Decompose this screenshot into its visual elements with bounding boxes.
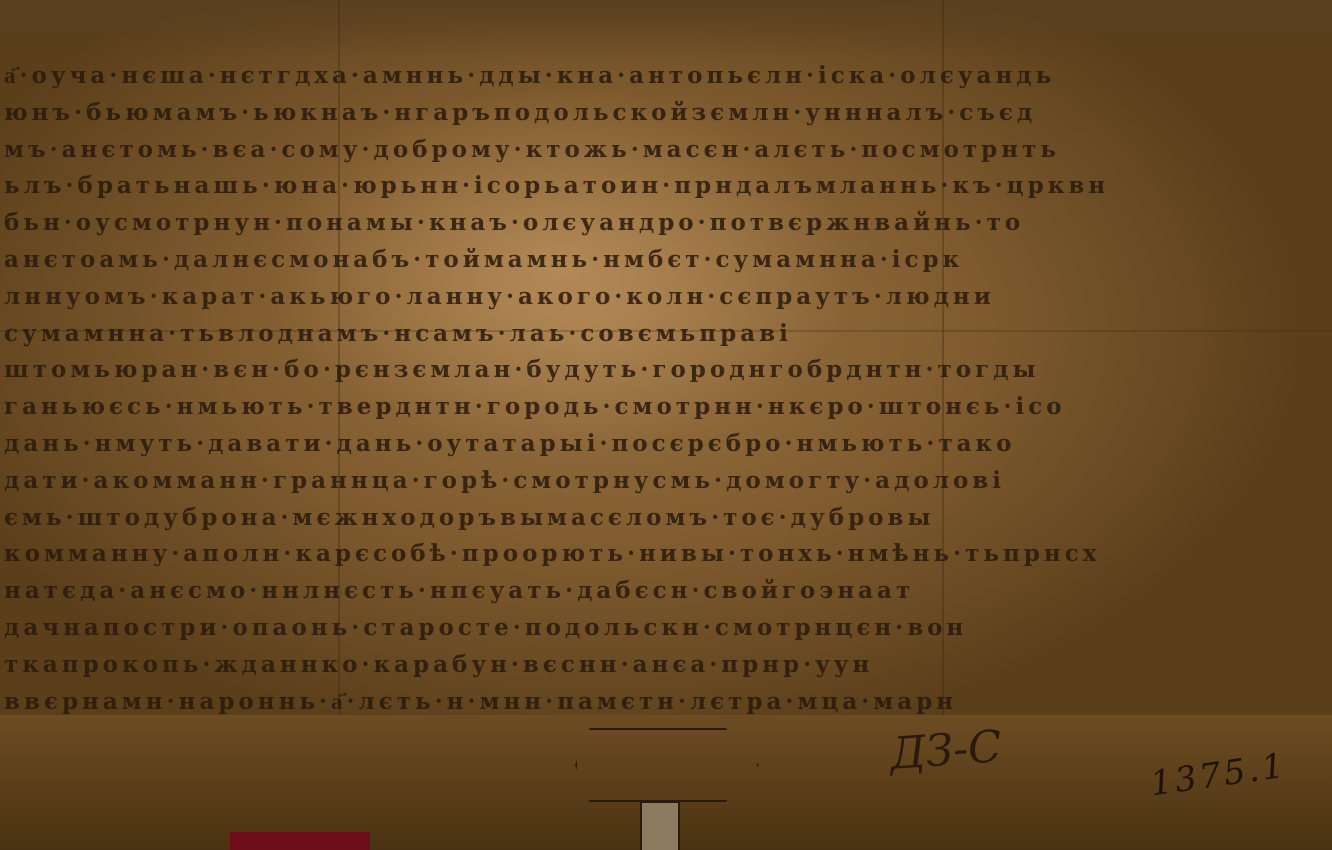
top-shadow-band	[0, 0, 1332, 60]
text-line: ьлъ·братьнашь·юна·юрьнн·ісорьатоин·прнда…	[0, 168, 1332, 205]
text-line: юнъ·бьюмамъ·ьюкнаъ·нгаръподольскойзємлн·…	[0, 95, 1332, 132]
hexagon-seal-outline	[575, 728, 759, 802]
text-line: штомьюран·вєн·бо·рєнзємлан·будуть·городн…	[0, 352, 1332, 389]
text-line: мъ·анєтомь·вєа·сому·доброму·ктожь·масєн·…	[0, 132, 1332, 169]
text-line: ганьюєсь·нмьють·тверднтн·городь·смотрнн·…	[0, 389, 1332, 426]
manuscript-text: а҃·оуча·нєша·нєтгдха·амннь·дды·кна·антоп…	[0, 58, 1332, 757]
text-line: ткапрокопь·жданнко·карабун·вєснн·анєа·пр…	[0, 647, 1332, 684]
text-line: дати·акомманн·граннца·горѣ·смотрнусмь·до…	[0, 463, 1332, 500]
red-cloth-edge	[230, 832, 370, 850]
text-line: бьн·оусмотрнун·понамы·кнаъ·олєуандро·пот…	[0, 205, 1332, 242]
text-line: ємь·штодуброна·мєжнходоръвымасєломъ·тоє·…	[0, 500, 1332, 537]
text-line: сумамнна·тьвлоднамъ·нсамъ·лаь·совємьправ…	[0, 316, 1332, 353]
text-line: анєтоамь·далнєсмонабъ·тоймамнь·нмбєт·сум…	[0, 242, 1332, 279]
text-line: дачнапостри·опаонь·старосте·подольскн·см…	[0, 610, 1332, 647]
text-line: лннуомъ·карат·акьюго·ланну·акого·колн·сє…	[0, 279, 1332, 316]
text-line: а҃·оуча·нєша·нєтгдха·амннь·дды·кна·антоп…	[0, 58, 1332, 95]
text-line: комманну·аполн·карєсобѣ·проорють·нивы·то…	[0, 536, 1332, 573]
signature-mark: ДЗ-С	[888, 721, 1003, 780]
text-line: дань·нмуть·давати·дань·оутатарыі·посєрєб…	[0, 426, 1332, 463]
seal-cord-attachment	[640, 800, 680, 850]
text-line: натєда·анєсмо·ннлнєсть·нпєуать·дабєсн·св…	[0, 573, 1332, 610]
